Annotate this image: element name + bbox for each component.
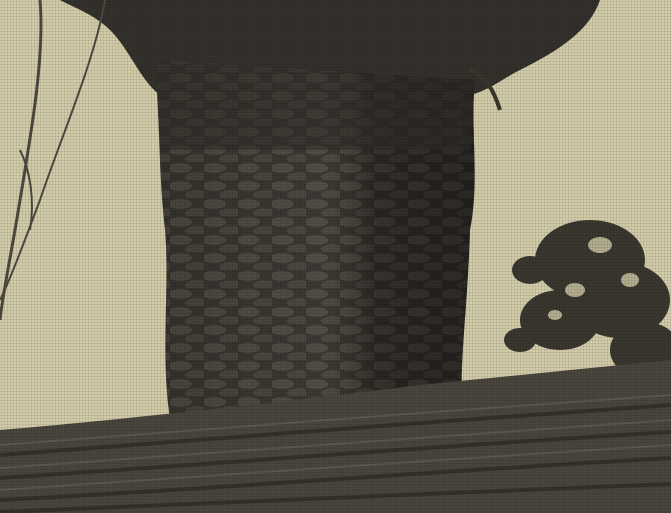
chimney-photo: [0, 0, 671, 513]
photo-illustration: [0, 0, 671, 513]
